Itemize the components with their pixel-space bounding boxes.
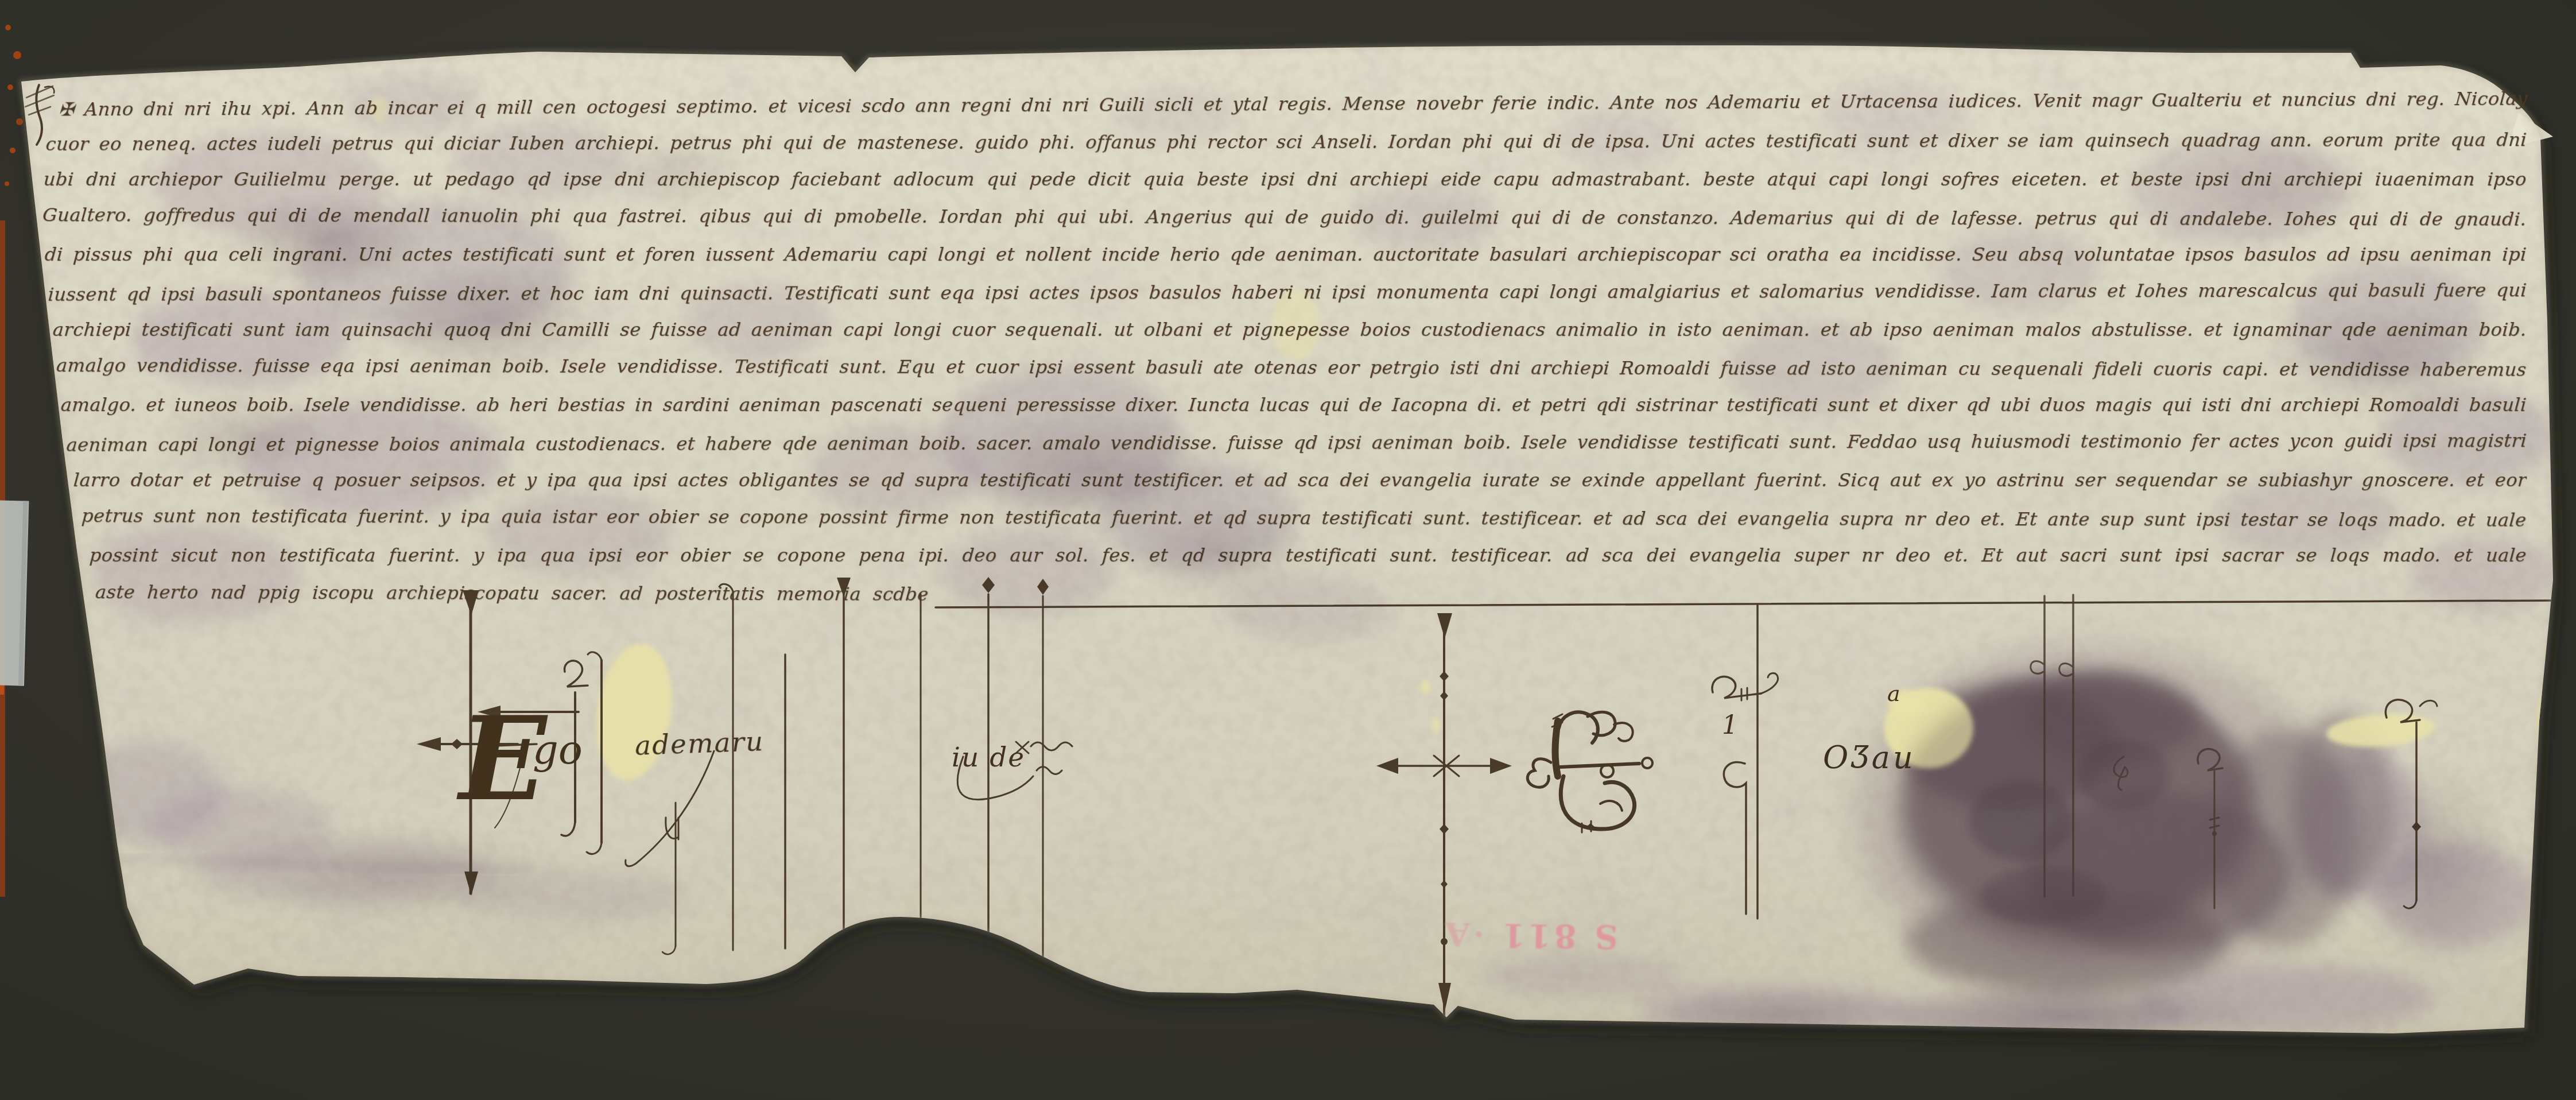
backdrop-artifacts <box>0 25 29 897</box>
parchment-photo: E go <box>0 0 2576 1100</box>
ego-suffix: go <box>533 726 583 773</box>
tape-fragment <box>0 500 29 685</box>
large-ink-stain-overlay <box>1894 677 2261 953</box>
parchment: E go <box>0 0 2576 1100</box>
red-flecks <box>5 25 23 186</box>
photo-backdrop: E go ✠ Anno dni nri ihu xpi. Ann ab inca… <box>0 0 2576 1100</box>
